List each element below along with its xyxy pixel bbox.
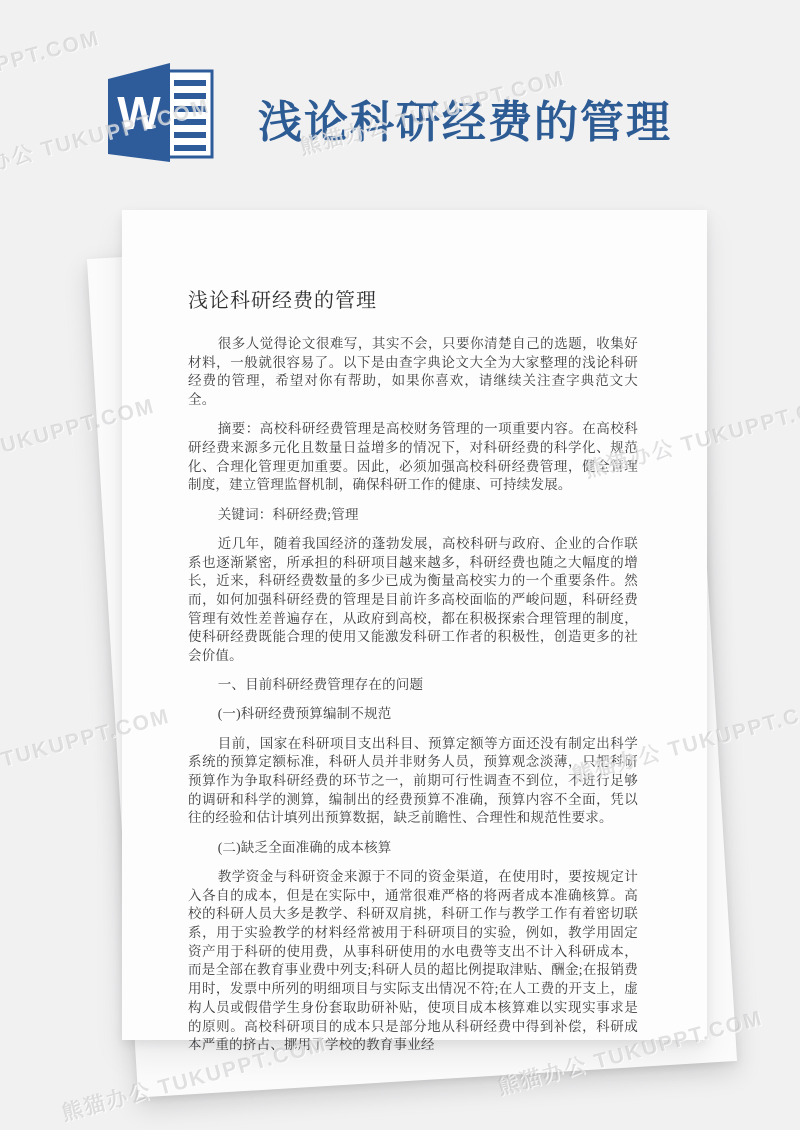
word-icon-letter: W bbox=[117, 87, 161, 139]
header: W 浅论科研经费的管理 bbox=[0, 0, 800, 200]
page-canvas: W 浅论科研经费的管理 浅论科研经费的管理 很多人觉得论文很难写，其实不会，只要… bbox=[0, 0, 800, 1130]
page-title: 浅论科研经费的管理 bbox=[188, 288, 638, 314]
word-icon: W bbox=[95, 55, 225, 175]
heading-section-1: 一、目前科研经费管理存在的问题 bbox=[188, 676, 638, 695]
paper-sheet-front: 浅论科研经费的管理 很多人觉得论文很难写，其实不会，只要你清楚自己的选题，收集好… bbox=[122, 210, 707, 1040]
document-body: 很多人觉得论文很难写，其实不会，只要你清楚自己的选题，收集好材料，一般就很容易了… bbox=[188, 335, 638, 1055]
paragraph-abstract: 摘要：高校科研经费管理是高校财务管理的一项重要内容。在高校科研经费来源多元化且数… bbox=[188, 420, 638, 495]
paragraph-background: 近几年，随着我国经济的蓬勃发展，高校科研与政府、企业的合作联系也逐渐紧密，所承担… bbox=[188, 535, 638, 666]
paragraph-keywords: 关键词：科研经费;管理 bbox=[188, 506, 638, 525]
document-title-heading: 浅论科研经费的管理 bbox=[258, 86, 672, 150]
paragraph-cost-accounting: 教学资金与科研资金来源于不同的资金渠道，在使用时，要按规定计入各自的成本，但是在… bbox=[188, 868, 638, 1055]
paragraph-budget-issues: 目前，国家在科研项目支出科目、预算定额等方面还没有制定出科学系统的预算定额标准，… bbox=[188, 735, 638, 829]
heading-subsection-1: (一)科研经费预算编制不规范 bbox=[188, 705, 638, 724]
paragraph-intro: 很多人觉得论文很难写，其实不会，只要你清楚自己的选题，收集好材料，一般就很容易了… bbox=[188, 335, 638, 410]
heading-subsection-2: (二)缺乏全面准确的成本核算 bbox=[188, 839, 638, 858]
